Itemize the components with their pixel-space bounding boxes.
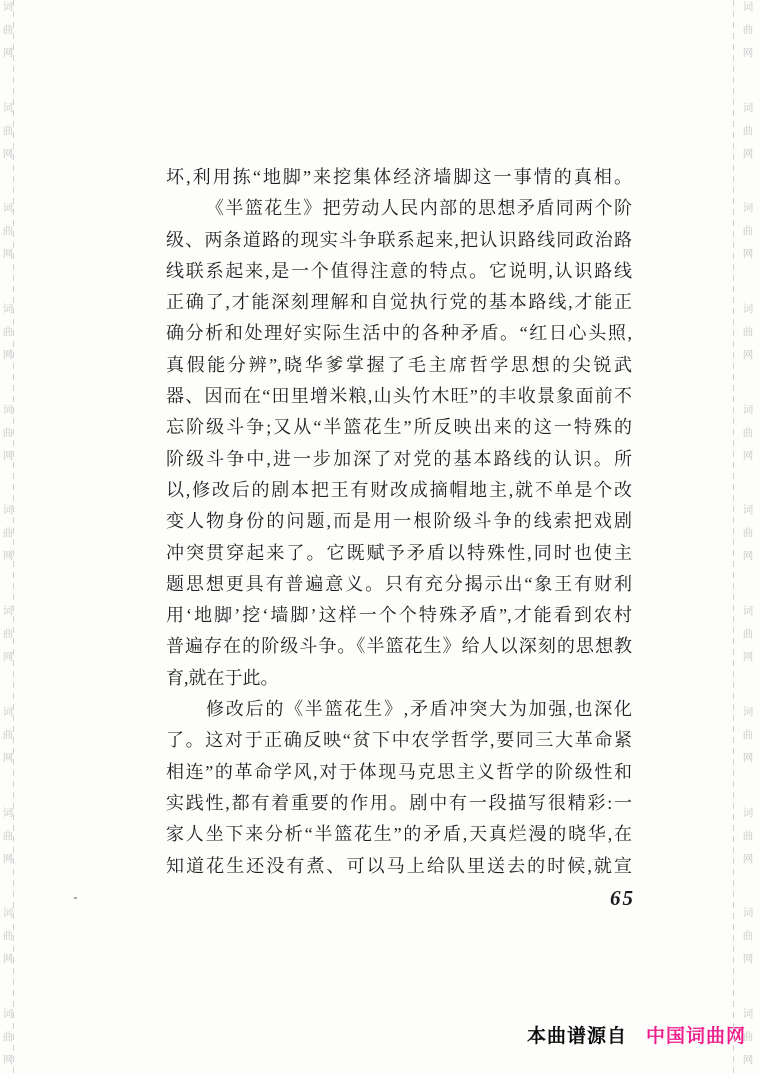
text-line: 知道花生还没有煮、可以马上给队里送去的时候,就宣 [166, 851, 632, 882]
watermark-char: 曲 [741, 1032, 755, 1043]
text-line: 坏,利用拣“地脚”来挖集体经济墙脚这一事情的真相。 [166, 162, 632, 193]
watermark-group: 词曲网 [741, 304, 755, 361]
text-line: 确分析和处理好实际生活中的各种矛盾。“红日心头照, [166, 318, 632, 349]
watermark-group: 词曲网 [741, 203, 755, 260]
watermark-char: 词 [741, 908, 755, 919]
watermark-char: 词 [741, 505, 755, 516]
left-dashed-border [13, 0, 14, 1074]
watermark-char: 曲 [741, 327, 755, 338]
scanned-book-page: 词曲网词曲网词曲网词曲网词曲网词曲网词曲网词曲网词曲网词曲网词曲网 坏,利用拣“… [0, 0, 760, 1074]
watermark-column-right: 词曲网词曲网词曲网词曲网词曲网词曲网词曲网词曲网词曲网词曲网词曲网 [741, 2, 755, 1066]
text-line: 相连”的革命学风,对于体现马克思主义哲学的阶级性和 [166, 757, 632, 788]
watermark-char: 网 [741, 451, 755, 462]
watermark-char: 曲 [741, 428, 755, 439]
watermark-group: 词曲网 [741, 707, 755, 764]
watermark-char: 曲 [741, 25, 755, 36]
text-line: 家人坐下来分析“半篮花生”的矛盾,天真烂漫的晓华,在 [166, 819, 632, 850]
watermark-char: 词 [741, 203, 755, 214]
watermark-char: 网 [741, 48, 755, 59]
watermark-group: 词曲网 [741, 505, 755, 562]
text-line: 普遍存在的阶级斗争。《半篮花生》给人以深刻的思想教 [166, 631, 632, 662]
watermark-char: 网 [741, 954, 755, 965]
scan-speck [74, 897, 77, 899]
text-line: 育,就在于此。 [166, 663, 632, 694]
watermark-char: 词 [741, 304, 755, 315]
watermark-char: 曲 [741, 831, 755, 842]
watermark-char: 词 [741, 2, 755, 13]
watermark-group: 词曲网 [741, 1009, 755, 1066]
watermark-group: 词曲网 [741, 2, 755, 59]
watermark-char: 曲 [741, 730, 755, 741]
text-line: 真假能分辨”,晓华爹掌握了毛主席哲学思想的尖锐武 [166, 350, 632, 381]
text-line: 题思想更具有普遍意义。只有充分揭示出“象王有财利 [166, 569, 632, 600]
text-line: 级、两条道路的现实斗争联系起来,把认识路线同政治路 [166, 225, 632, 256]
watermark-char: 网 [741, 249, 755, 260]
text-line: 实践性,都有着重要的作用。剧中有一段描写很精彩:一 [166, 788, 632, 819]
text-line: 阶级斗争中,进一步加深了对党的基本路线的认识。所 [166, 444, 632, 475]
text-line: 了。这对于正确反映“贫下中农学哲学,要同三大革命紧 [166, 725, 632, 756]
watermark-char: 网 [741, 350, 755, 361]
text-line: 冲突贯穿起来了。它既赋予矛盾以特殊性,同时也使主 [166, 538, 632, 569]
watermark-group: 词曲网 [741, 606, 755, 663]
text-line: 《半篮花生》把劳动人民内部的思想矛盾同两个阶 [166, 193, 632, 224]
text-line: 线联系起来,是一个值得注意的特点。它说明,认识路线 [166, 256, 632, 287]
body-text: 坏,利用拣“地脚”来挖集体经济墙脚这一事情的真相。《半篮花生》把劳动人民内部的思… [166, 162, 632, 882]
footer-site-name: 中国词曲网 [646, 1026, 746, 1047]
watermark-char: 词 [741, 606, 755, 617]
footer-credit: 本曲谱源自中国词曲网 [527, 1021, 746, 1048]
watermark-char: 词 [741, 707, 755, 718]
watermark-group: 词曲网 [741, 808, 755, 865]
text-line: 忘阶级斗争;又从“半篮花生”所反映出来的这一特殊的 [166, 412, 632, 443]
watermark-char: 词 [741, 405, 755, 416]
watermark-char: 曲 [741, 226, 755, 237]
watermark-char: 曲 [741, 126, 755, 137]
text-line: 修改后的《半篮花生》,矛盾冲突大为加强,也深化 [166, 694, 632, 725]
watermark-char: 词 [741, 1009, 755, 1020]
page-number: 65 [610, 886, 635, 911]
watermark-char: 词 [741, 808, 755, 819]
text-line: 用‘地脚’挖‘墙脚’这样一个个特殊矛盾”,才能看到农村 [166, 600, 632, 631]
watermark-group: 词曲网 [741, 405, 755, 462]
watermark-group: 词曲网 [741, 908, 755, 965]
watermark-group: 词曲网 [741, 103, 755, 160]
watermark-char: 网 [741, 149, 755, 160]
text-line: 器、因而在“田里增米粮,山头竹木旺”的丰收景象面前不 [166, 381, 632, 412]
watermark-char: 网 [741, 854, 755, 865]
watermark-char: 网 [741, 1055, 755, 1066]
watermark-char: 曲 [741, 528, 755, 539]
right-dashed-border [733, 0, 734, 1074]
watermark-char: 网 [741, 652, 755, 663]
text-line: 正确了,才能深刻理解和自觉执行党的基本路线,才能正 [166, 287, 632, 318]
watermark-char: 曲 [741, 931, 755, 942]
text-line: 变人物身份的问题,而是用一根阶级斗争的线索把戏剧 [166, 506, 632, 537]
watermark-char: 曲 [741, 629, 755, 640]
watermark-char: 网 [741, 551, 755, 562]
footer-credit-label: 本曲谱源自 [527, 1026, 627, 1047]
text-line: 以,修改后的剧本把王有财改成摘帽地主,就不单是个改 [166, 475, 632, 506]
watermark-char: 词 [741, 103, 755, 114]
watermark-char: 网 [741, 753, 755, 764]
